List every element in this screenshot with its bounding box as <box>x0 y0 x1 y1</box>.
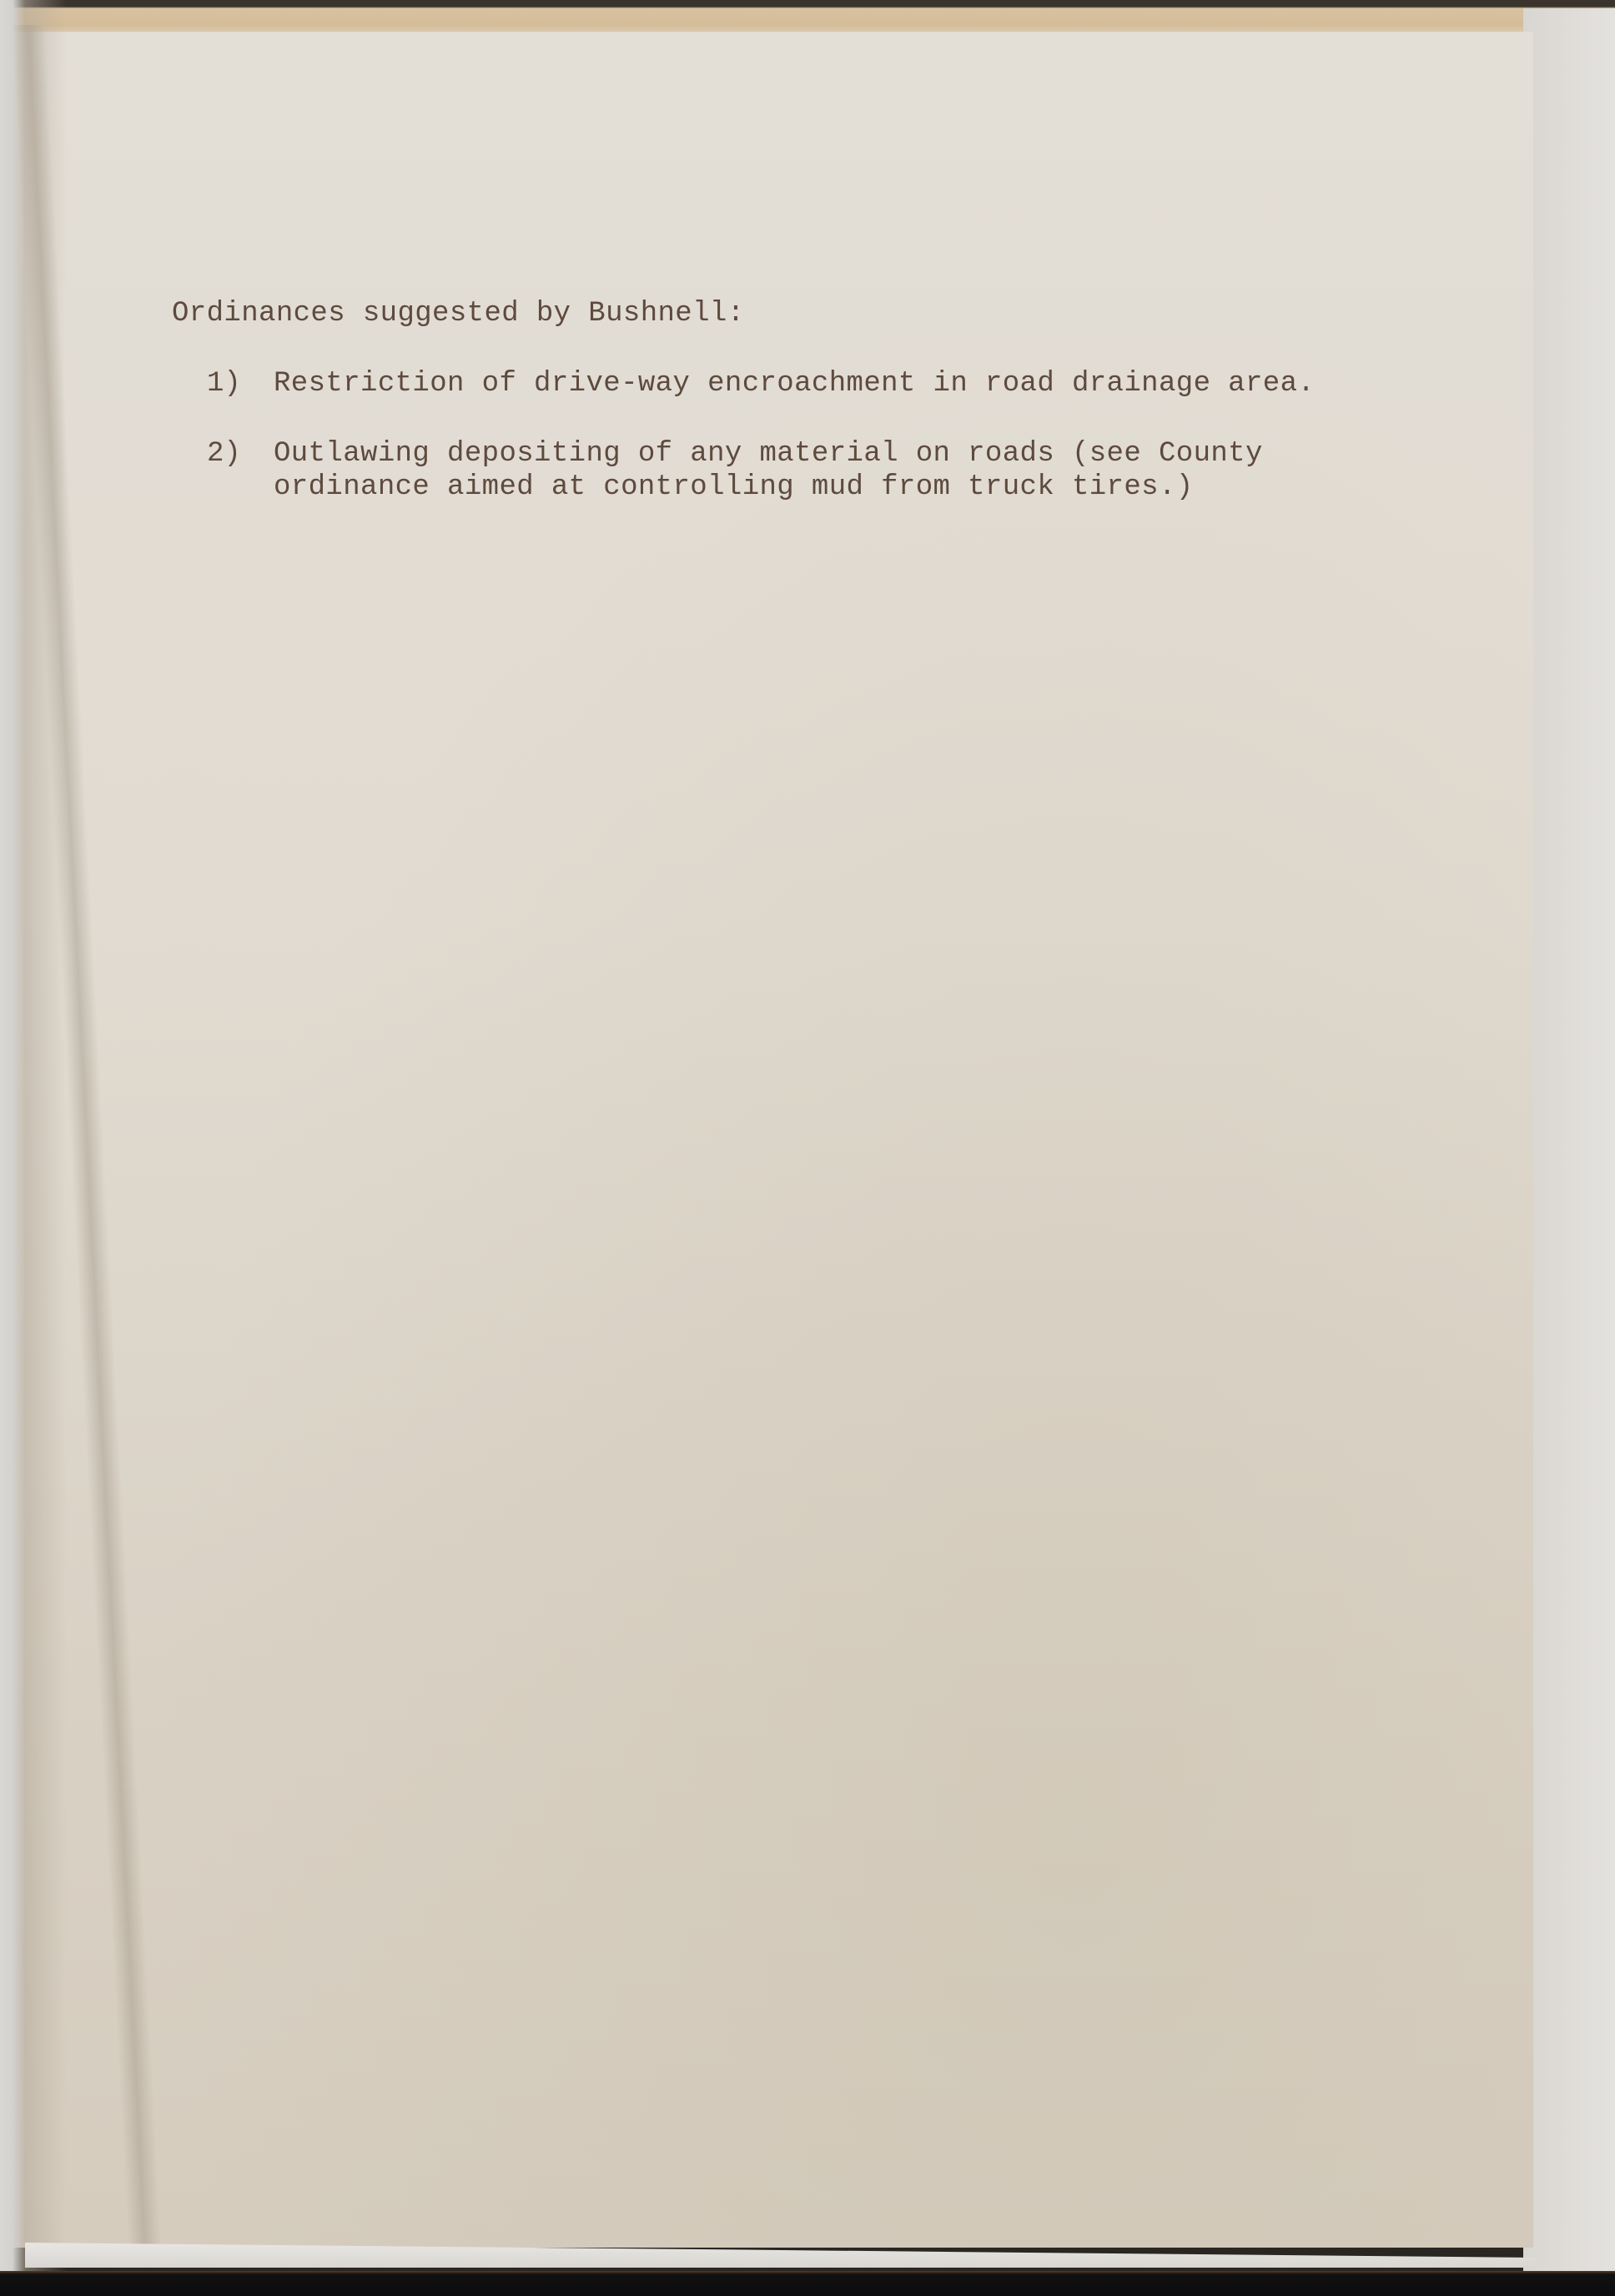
item-number: 1) <box>207 367 241 400</box>
item-text-line: Outlawing depositing of any material on … <box>274 438 1263 470</box>
item-text-line: Restriction of drive-way encroachment in… <box>274 367 1315 400</box>
item-text-line: ordinance aimed at controlling mud from … <box>274 471 1194 503</box>
backing-sheet <box>1523 8 1615 2273</box>
scanner-bed <box>0 2271 1615 2296</box>
item-text: Outlawing depositing of any material on … <box>274 437 1263 504</box>
document-paper <box>0 32 1533 2248</box>
scanned-page: Ordinances suggested by Bushnell: 1) Res… <box>0 0 1615 2296</box>
document-heading: Ordinances suggested by Bushnell: <box>172 297 745 330</box>
item-number: 2) <box>207 437 241 471</box>
